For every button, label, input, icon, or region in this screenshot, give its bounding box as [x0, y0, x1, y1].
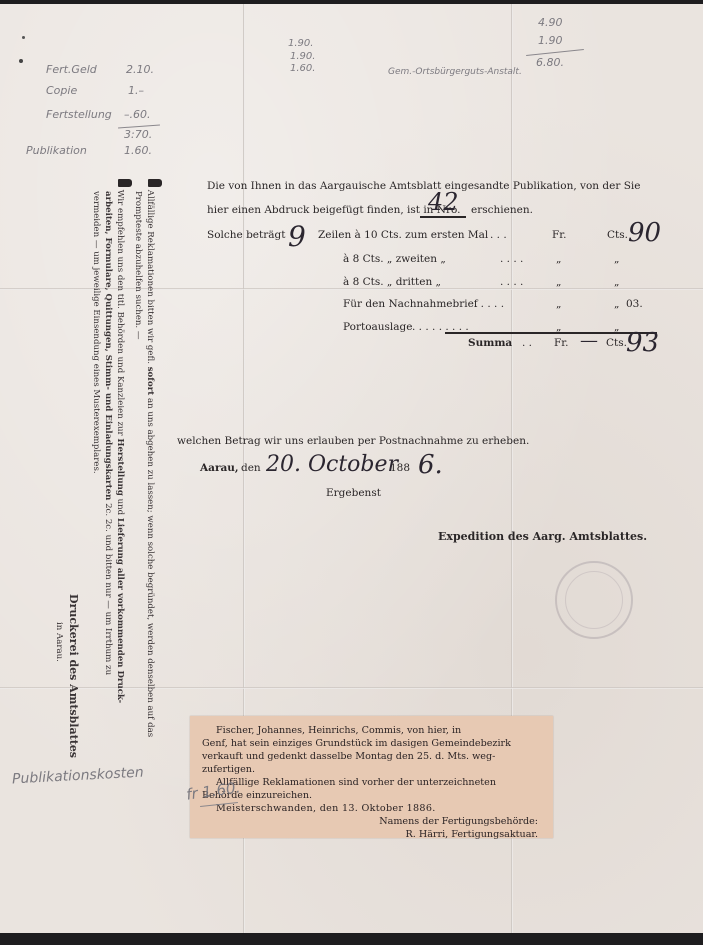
- printer-place: in Aarau.: [52, 594, 66, 758]
- clipping-line: Behörde einzureichen.: [202, 789, 544, 802]
- row-fr: Fr.: [552, 229, 567, 241]
- row-dots: . . .: [490, 229, 507, 241]
- pencil-label: Fert.Geld: [46, 63, 97, 76]
- row-fr: „: [556, 276, 561, 288]
- sender-signature: Expedition des Aarg. Amtsblattes.: [438, 530, 647, 543]
- pointing-hand-icon: [148, 179, 162, 187]
- closing-line: welchen Betrag wir uns erlauben per Post…: [177, 435, 529, 447]
- row-fr: „: [556, 253, 561, 265]
- printer-name: Druckerei des Amtsblattes: [66, 594, 80, 758]
- row-cts-label: „: [614, 298, 619, 310]
- summa-fr-label: Fr.: [554, 337, 569, 349]
- pencil-label: Publikation: [26, 144, 87, 157]
- pointing-hand-icon: [118, 179, 132, 187]
- intro-line-1: Die von Ihnen in das Aargauische Amtsbla…: [207, 180, 640, 192]
- summa-fr-value: —: [580, 330, 598, 351]
- pencil-value: 1.60.: [290, 63, 315, 74]
- pencil-note: Gem.-Ortsbürgerguts-Anstalt.: [388, 67, 522, 77]
- clipping-line: Genf, hat sein einziges Grundstück im da…: [202, 737, 544, 750]
- summa-label: Summa: [468, 337, 512, 349]
- row-cts-label: „: [614, 276, 619, 288]
- side-notice: Allfällige Reklamationen bitten wir gefl…: [90, 179, 162, 737]
- intro-line-2: hier einen Abdruck beigefügt finden, ist…: [207, 204, 460, 216]
- clipping-line: Allfällige Reklamationen sind vorher der…: [202, 776, 544, 789]
- year-handwritten: 6.: [418, 450, 443, 480]
- postmark: [555, 561, 633, 639]
- date-handwritten: 20. October: [266, 452, 398, 477]
- clipping-line: Fischer, Johannes, Heinrichs, Commis, vo…: [202, 724, 544, 737]
- row-cts-value: 03.: [626, 298, 643, 310]
- side-notice-line: Prompteste abzuhelfen suchen. —: [132, 179, 144, 737]
- place: Aarau,: [200, 462, 239, 474]
- row-fr: „: [556, 298, 561, 310]
- pencil-value: 4.90: [538, 16, 563, 29]
- punch-hole: [22, 36, 25, 39]
- printer-imprint: Druckerei des Amtsblattes in Aarau.: [52, 594, 80, 758]
- row-dots: . . . .: [500, 276, 523, 288]
- document-sheet: Fert.Geld 2.10. Copie 1.– Fertstellung –…: [0, 4, 703, 933]
- pencil-value: 2.10.: [126, 63, 154, 76]
- clipping-signature: Namens der Fertigungsbehörde:: [202, 815, 544, 828]
- summa-cts-label: Cts.: [606, 337, 627, 349]
- row-desc: Für den Nachnahmebrief: [343, 298, 478, 310]
- pencil-underline: [526, 49, 584, 56]
- row-label: Solche beträgt: [207, 229, 285, 241]
- summa-dots: . .: [522, 337, 532, 349]
- row-cts-label: Cts.: [607, 229, 628, 241]
- summa-cts-value: 93: [626, 328, 659, 358]
- pencil-label: Fertstellung: [46, 108, 112, 121]
- pencil-value: –.60.: [124, 108, 151, 121]
- row-dots: . . . .: [500, 253, 523, 265]
- den-word: den: [241, 462, 261, 474]
- year-printed: 188: [390, 462, 410, 474]
- punch-hole: [19, 59, 23, 63]
- row-desc: Portoauslage: [343, 321, 413, 333]
- pencil-value: 1.–: [128, 84, 144, 97]
- pencil-value: 1.90: [538, 34, 563, 47]
- row-desc: à 8 Cts. „ dritten „: [343, 276, 441, 288]
- pencil-value: 1.90.: [288, 38, 313, 49]
- side-notice-line: Wir empfehlen uns den titl. Behörden und…: [114, 179, 132, 737]
- row-desc: à 8 Cts. „ zweiten „: [343, 253, 446, 265]
- intro-line-2-end: erschienen.: [471, 204, 533, 216]
- side-notice-line: Allfällige Reklamationen bitten wir gefl…: [144, 179, 162, 737]
- pencil-label: Copie: [46, 84, 77, 97]
- issue-number: 42: [428, 188, 459, 216]
- row-cts-label: „: [614, 253, 619, 265]
- clipping-line: zufertigen.: [202, 763, 544, 776]
- clipping-line: verkauft und gedenkt dasselbe Montag den…: [202, 750, 544, 763]
- pencil-note-bottom: Publikationskosten: [12, 765, 144, 788]
- pencil-value: 1.60.: [124, 144, 152, 157]
- side-notice-line: vermeiden — um jeweilige Einsendung eine…: [90, 179, 102, 737]
- row-dots: . . . . .: [474, 298, 504, 310]
- pencil-subtotal: 3:70.: [124, 128, 152, 141]
- pencil-value: 1.90.: [290, 51, 315, 62]
- line-count: 9: [288, 220, 306, 253]
- issue-underline: [420, 216, 466, 218]
- newspaper-clipping: Fischer, Johannes, Heinrichs, Commis, vo…: [190, 716, 553, 838]
- row-cts-value: 90: [628, 218, 661, 248]
- side-notice-line: arbeiten, Formulare, Quittungen, Stimm- …: [102, 179, 114, 737]
- row-desc: Zeilen à 10 Cts. zum ersten Mal: [318, 229, 488, 241]
- ergebenst: Ergebenst: [326, 487, 381, 499]
- pencil-total: 6.80.: [536, 56, 564, 69]
- clipping-signature: R. Härri, Fertigungsaktuar.: [202, 828, 544, 841]
- clipping-line: Meisterschwanden, den 13. Oktober 1886.: [202, 802, 544, 815]
